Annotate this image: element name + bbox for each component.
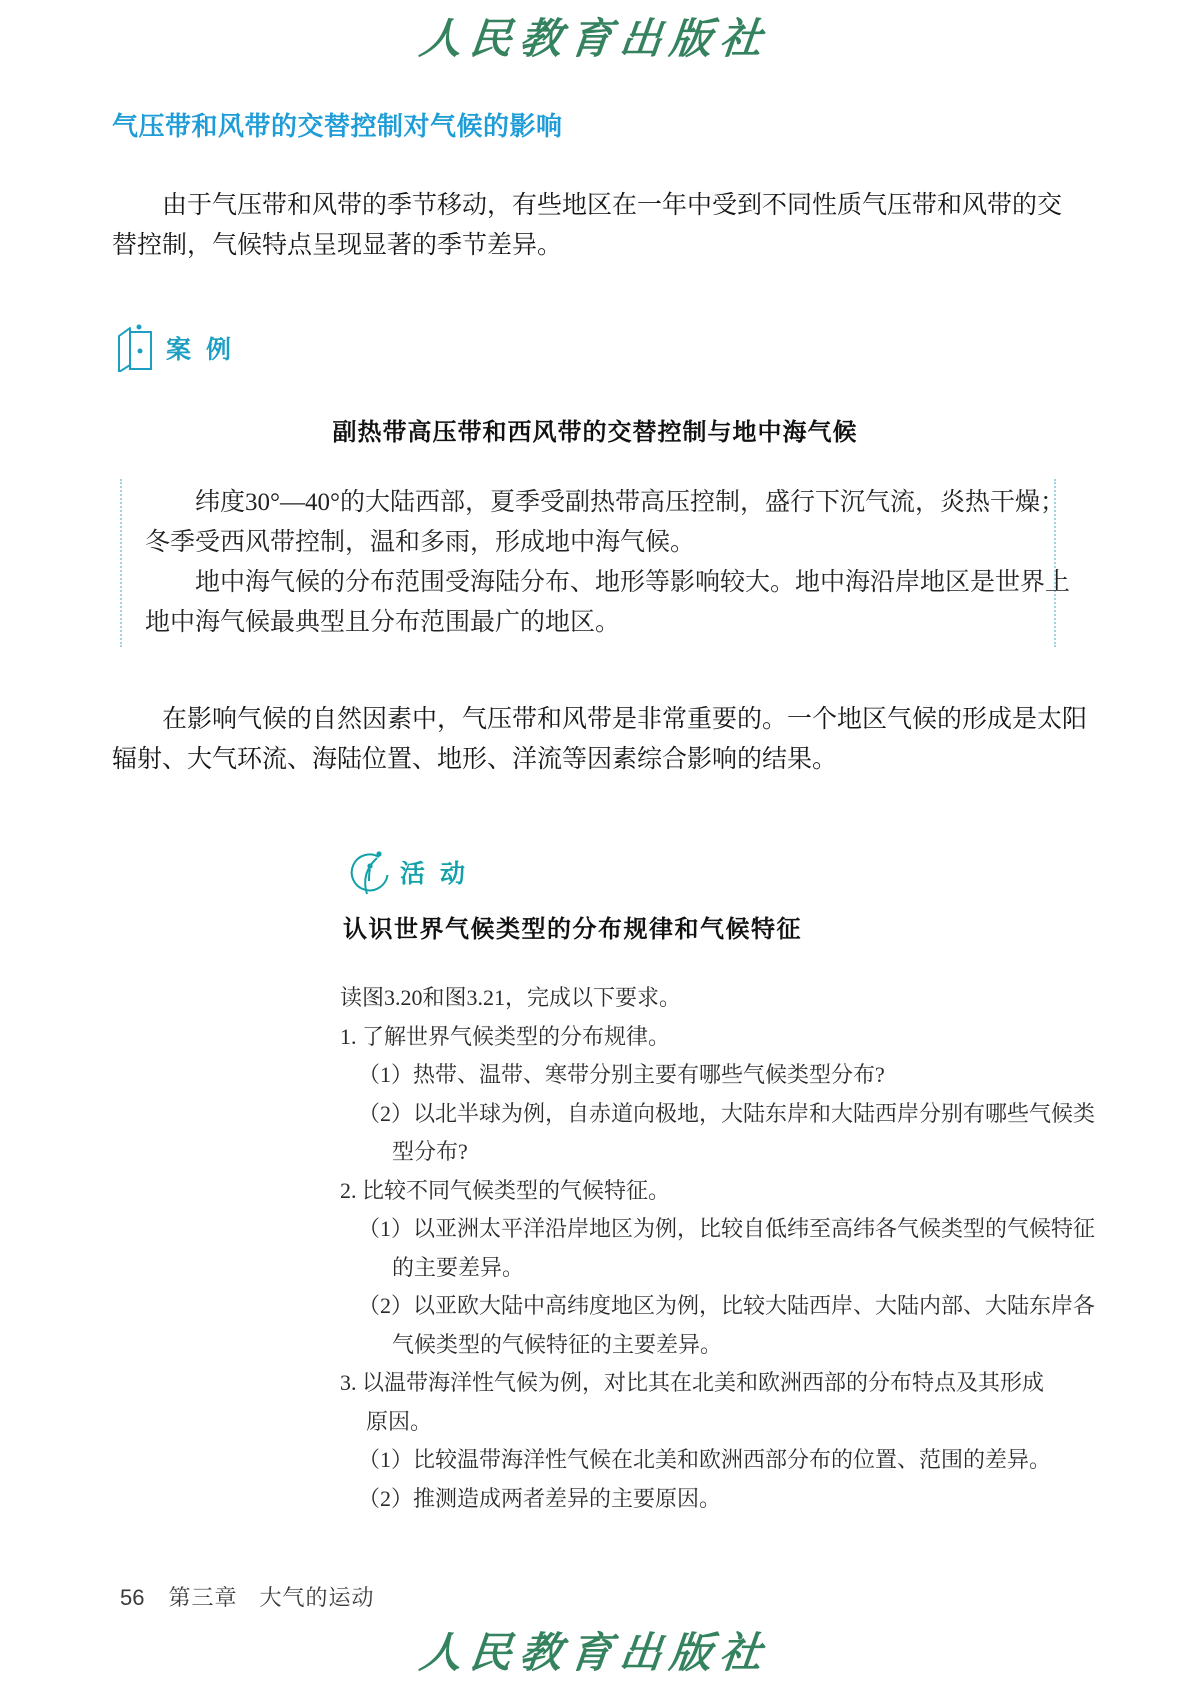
case-line: 冬季受西风带控制，温和多雨，形成地中海气候。 (145, 523, 1031, 563)
publisher-logo-top: 人民教育出版社 (0, 6, 1190, 66)
page-number: 56 (120, 1585, 144, 1611)
activity-subitem: （1）以亚洲太平洋沿岸地区为例，比较自低纬至高纬各气候类型的气候特征 (340, 1210, 1088, 1249)
paragraph-line: 替控制，气候特点呈现显著的季节差异。 (112, 226, 1082, 266)
case-section-label: 案 例 (166, 330, 235, 366)
activity-subitem: （2）推测造成两者差异的主要原因。 (340, 1480, 1088, 1519)
activity-subitem: （2）以北半球为例，自赤道向极地，大陆东岸和大陆西岸分别有哪些气候类 (340, 1095, 1088, 1134)
section-heading: 气压带和风带的交替控制对气候的影响 (112, 106, 563, 143)
summary-paragraph: 在影响气候的自然因素中，气压带和风带是非常重要的。一个地区气候的形成是太阳 辐射… (112, 700, 1082, 780)
activity-subitem: （2）以亚欧大陆中高纬度地区为例，比较大陆西岸、大陆内部、大陆东岸各 (340, 1287, 1088, 1326)
activity-section-label: 活 动 (400, 854, 469, 890)
case-section-header: 案 例 (116, 324, 235, 372)
activity-section-header: 活 动 (350, 846, 469, 898)
activity-subitem-continuation: 型分布? (340, 1133, 1088, 1172)
paragraph-line: 在影响气候的自然因素中，气压带和风带是非常重要的。一个地区气候的形成是太阳 (112, 700, 1082, 740)
activity-item-continuation: 原因。 (340, 1403, 1088, 1442)
intro-paragraph: 由于气压带和风带的季节移动，有些地区在一年中受到不同性质气压带和风带的交 替控制… (112, 186, 1082, 266)
activity-item: 2. 比较不同气候类型的气候特征。 (340, 1172, 1088, 1211)
page-footer: 56 第三章 大气的运动 (120, 1581, 375, 1612)
chapter-title: 大气的运动 (260, 1581, 375, 1612)
activity-subitem: （1）热带、温带、寒带分别主要有哪些气候类型分布? (340, 1056, 1088, 1095)
case-line: 地中海气候的分布范围受海陆分布、地形等影响较大。地中海沿岸地区是世界上 (145, 563, 1031, 603)
paragraph-line: 由于气压带和风带的季节移动，有些地区在一年中受到不同性质气压带和风带的交 (112, 186, 1082, 226)
paragraph-line: 辐射、大气环流、海陆位置、地形、洋流等因素综合影响的结果。 (112, 740, 1082, 780)
case-book-icon (116, 324, 154, 372)
chapter-label: 第三章 (168, 1581, 237, 1612)
case-title: 副热带高压带和西风带的交替控制与地中海气候 (0, 412, 1190, 447)
activity-item: 3. 以温带海洋性气候为例，对比其在北美和欧洲西部的分布特点及其形成 (340, 1364, 1088, 1403)
publisher-logo-bottom: 人民教育出版社 (0, 1620, 1190, 1680)
activity-sprout-icon (350, 846, 390, 898)
activity-task-list: 读图3.20和图3.21，完成以下要求。 1. 了解世界气候类型的分布规律。 （… (340, 979, 1088, 1518)
case-body-block: 纬度30°—40°的大陆西部，夏季受副热带高压控制，盛行下沉气流，炎热干燥； 冬… (120, 479, 1056, 647)
case-line: 纬度30°—40°的大陆西部，夏季受副热带高压控制，盛行下沉气流，炎热干燥； (145, 483, 1031, 523)
activity-subitem-continuation: 的主要差异。 (340, 1249, 1088, 1288)
activity-title: 认识世界气候类型的分布规律和气候特征 (343, 909, 802, 944)
activity-subitem: （1）比较温带海洋性气候在北美和欧洲西部分布的位置、范围的差异。 (340, 1441, 1088, 1480)
textbook-page: 人民教育出版社 气压带和风带的交替控制对气候的影响 由于气压带和风带的季节移动，… (0, 0, 1190, 1683)
case-line: 地中海气候最典型且分布范围最广的地区。 (145, 603, 1031, 643)
activity-intro-line: 读图3.20和图3.21，完成以下要求。 (340, 979, 1088, 1018)
activity-subitem-continuation: 气候类型的气候特征的主要差异。 (340, 1326, 1088, 1365)
activity-item: 1. 了解世界气候类型的分布规律。 (340, 1018, 1088, 1057)
